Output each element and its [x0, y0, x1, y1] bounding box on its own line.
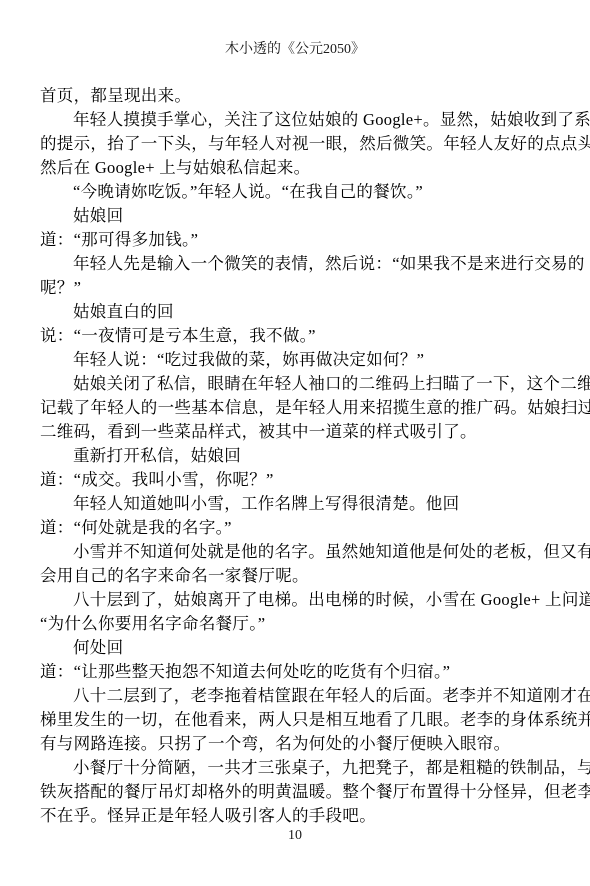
text-line: 姑娘回: [40, 204, 554, 228]
text-line: 重新打开私信，姑娘回: [40, 444, 554, 468]
text-line: 梯里发生的一切，在他看来，两人只是相互地看了几眼。老李的身体系统并没: [40, 708, 554, 732]
text-line: “为什么你要用名字命名餐厅。”: [40, 612, 554, 636]
text-line: 八十二层到了，老李拖着桔筐跟在年轻人的后面。老李并不知道刚才在电: [40, 684, 554, 708]
text-line: 的提示，抬了一下头，与年轻人对视一眼，然后微笑。年轻人友好的点点头，: [40, 132, 554, 156]
text-line: 姑娘关闭了私信，眼睛在年轻人袖口的二维码上扫瞄了一下，这个二维码: [40, 372, 554, 396]
text-line: 道：“何处就是我的名字。”: [40, 516, 554, 540]
text-line: 有与网路连接。只拐了一个弯，名为何处的小餐厅便映入眼帘。: [40, 732, 554, 756]
text-line: 然后在 Google+ 上与姑娘私信起来。: [40, 156, 554, 180]
text-line: 姑娘直白的回: [40, 300, 554, 324]
text-line: 呢？”: [40, 276, 554, 300]
text-line: 道：“成交。我叫小雪，你呢？”: [40, 468, 554, 492]
book-page: 木小透的《公元2050》 首页，都呈现出来。年轻人摸摸手掌心，关注了这位姑娘的 …: [0, 0, 590, 886]
text-line: 首页，都呈现出来。: [40, 84, 554, 108]
text-line: 年轻人知道她叫小雪，工作名牌上写得很清楚。他回: [40, 492, 554, 516]
text-line: 年轻人说：“吃过我做的菜，妳再做决定如何？”: [40, 348, 554, 372]
text-line: 会用自己的名字来命名一家餐厅呢。: [40, 564, 554, 588]
text-line: 八十层到了，姑娘离开了电梯。出电梯的时候，小雪在 Google+ 上问道：: [40, 588, 554, 612]
text-line: 道：“让那些整天抱怨不知道去何处吃的吃货有个归宿。”: [40, 660, 554, 684]
text-line: 二维码，看到一些菜品样式，被其中一道菜的样式吸引了。: [40, 420, 554, 444]
text-line: 不在乎。怪异正是年轻人吸引客人的手段吧。: [40, 804, 554, 828]
text-line: 年轻人先是输入一个微笑的表情，然后说：“如果我不是来进行交易的: [40, 252, 554, 276]
text-line: 年轻人摸摸手掌心，关注了这位姑娘的 Google+。显然，姑娘收到了系统: [40, 108, 554, 132]
body-text: 首页，都呈现出来。年轻人摸摸手掌心，关注了这位姑娘的 Google+。显然，姑娘…: [40, 84, 554, 828]
page-number: 10: [0, 826, 590, 846]
text-line: 何处回: [40, 636, 554, 660]
text-line: 记载了年轻人的一些基本信息，是年轻人用来招揽生意的推广码。姑娘扫过了: [40, 396, 554, 420]
text-line: 说：“一夜情可是亏本生意，我不做。”: [40, 324, 554, 348]
text-line: 道：“那可得多加钱。”: [40, 228, 554, 252]
text-line: 小餐厅十分简陋，一共才三张桌子，九把凳子，都是粗糙的铁制品，与这: [40, 756, 554, 780]
text-line: 小雪并不知道何处就是他的名字。虽然她知道他是何处的老板，但又有谁: [40, 540, 554, 564]
text-line: “今晚请妳吃饭。”年轻人说。“在我自己的餐饮。”: [40, 180, 554, 204]
page-header-title: 木小透的《公元2050》: [0, 40, 590, 60]
text-line: 铁灰搭配的餐厅吊灯却格外的明黄温暖。整个餐厅布置得十分怪异，但老李并: [40, 780, 554, 804]
